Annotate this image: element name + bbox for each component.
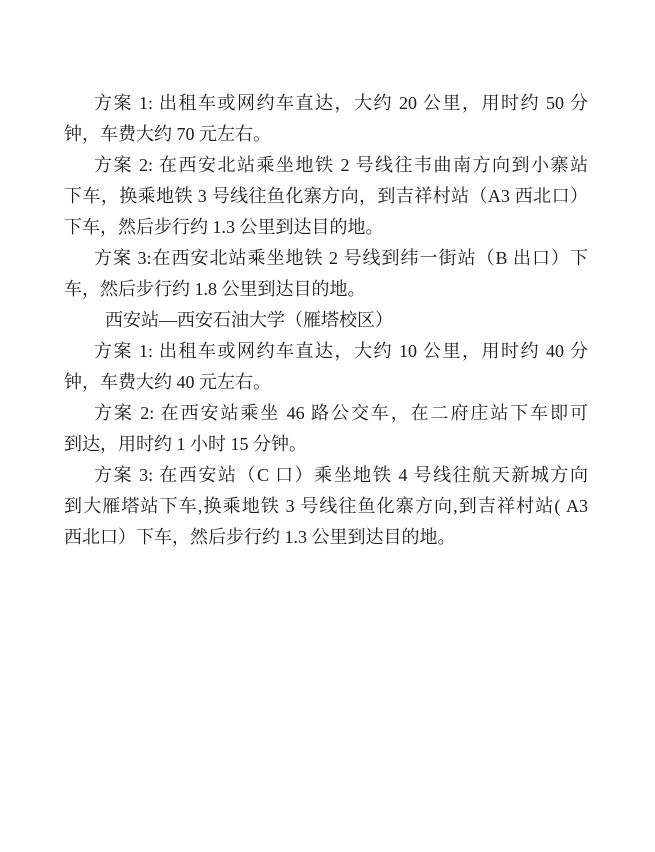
paragraph-3-line-1: 方案 3:在西安北站乘坐地铁 2 号线到纬一街站（B 出口）下 xyxy=(64,243,588,274)
paragraph-6-line-2: 到大雁塔站下车,换乘地铁 3 号线往鱼化寨方向,到吉祥村站( A3 xyxy=(64,491,588,522)
document-text-block: 方案 1: 出租车或网约车直达，大约 20 公里，用时约 50 分 钟，车费大约… xyxy=(64,88,588,553)
paragraph-5-line-1: 方案 2: 在西安站乘坐 46 路公交车，在二府庄站下车即可 xyxy=(64,398,588,429)
paragraph-2-line-2: 下车，换乘地铁 3 号线往鱼化寨方向，到吉祥村站（A3 西北口） xyxy=(64,181,588,212)
paragraph-6-line-1: 方案 3: 在西安站（C 口）乘坐地铁 4 号线往航天新城方向 xyxy=(64,460,588,491)
paragraph-3-line-2: 车，然后步行约 1.8 公里到达目的地。 xyxy=(64,274,588,305)
paragraph-2-line-3: 下车，然后步行约 1.3 公里到达目的地。 xyxy=(64,212,588,243)
paragraph-6-line-3: 西北口）下车，然后步行约 1.3 公里到达目的地。 xyxy=(64,522,588,553)
document-page: 方案 1: 出租车或网约车直达，大约 20 公里，用时约 50 分 钟，车费大约… xyxy=(0,0,655,852)
paragraph-2-line-1: 方案 2: 在西安北站乘坐地铁 2 号线往韦曲南方向到小寨站 xyxy=(64,150,588,181)
paragraph-1-line-1: 方案 1: 出租车或网约车直达，大约 20 公里，用时约 50 分 xyxy=(64,88,588,119)
paragraph-5-line-2: 到达，用时约 1 小时 15 分钟。 xyxy=(64,429,588,460)
section-heading: 西安站—西安石油大学（雁塔校区） xyxy=(64,305,588,336)
paragraph-1-line-2: 钟，车费大约 70 元左右。 xyxy=(64,119,588,150)
paragraph-4-line-1: 方案 1: 出租车或网约车直达，大约 10 公里，用时约 40 分 xyxy=(64,336,588,367)
paragraph-4-line-2: 钟，车费大约 40 元左右。 xyxy=(64,367,588,398)
